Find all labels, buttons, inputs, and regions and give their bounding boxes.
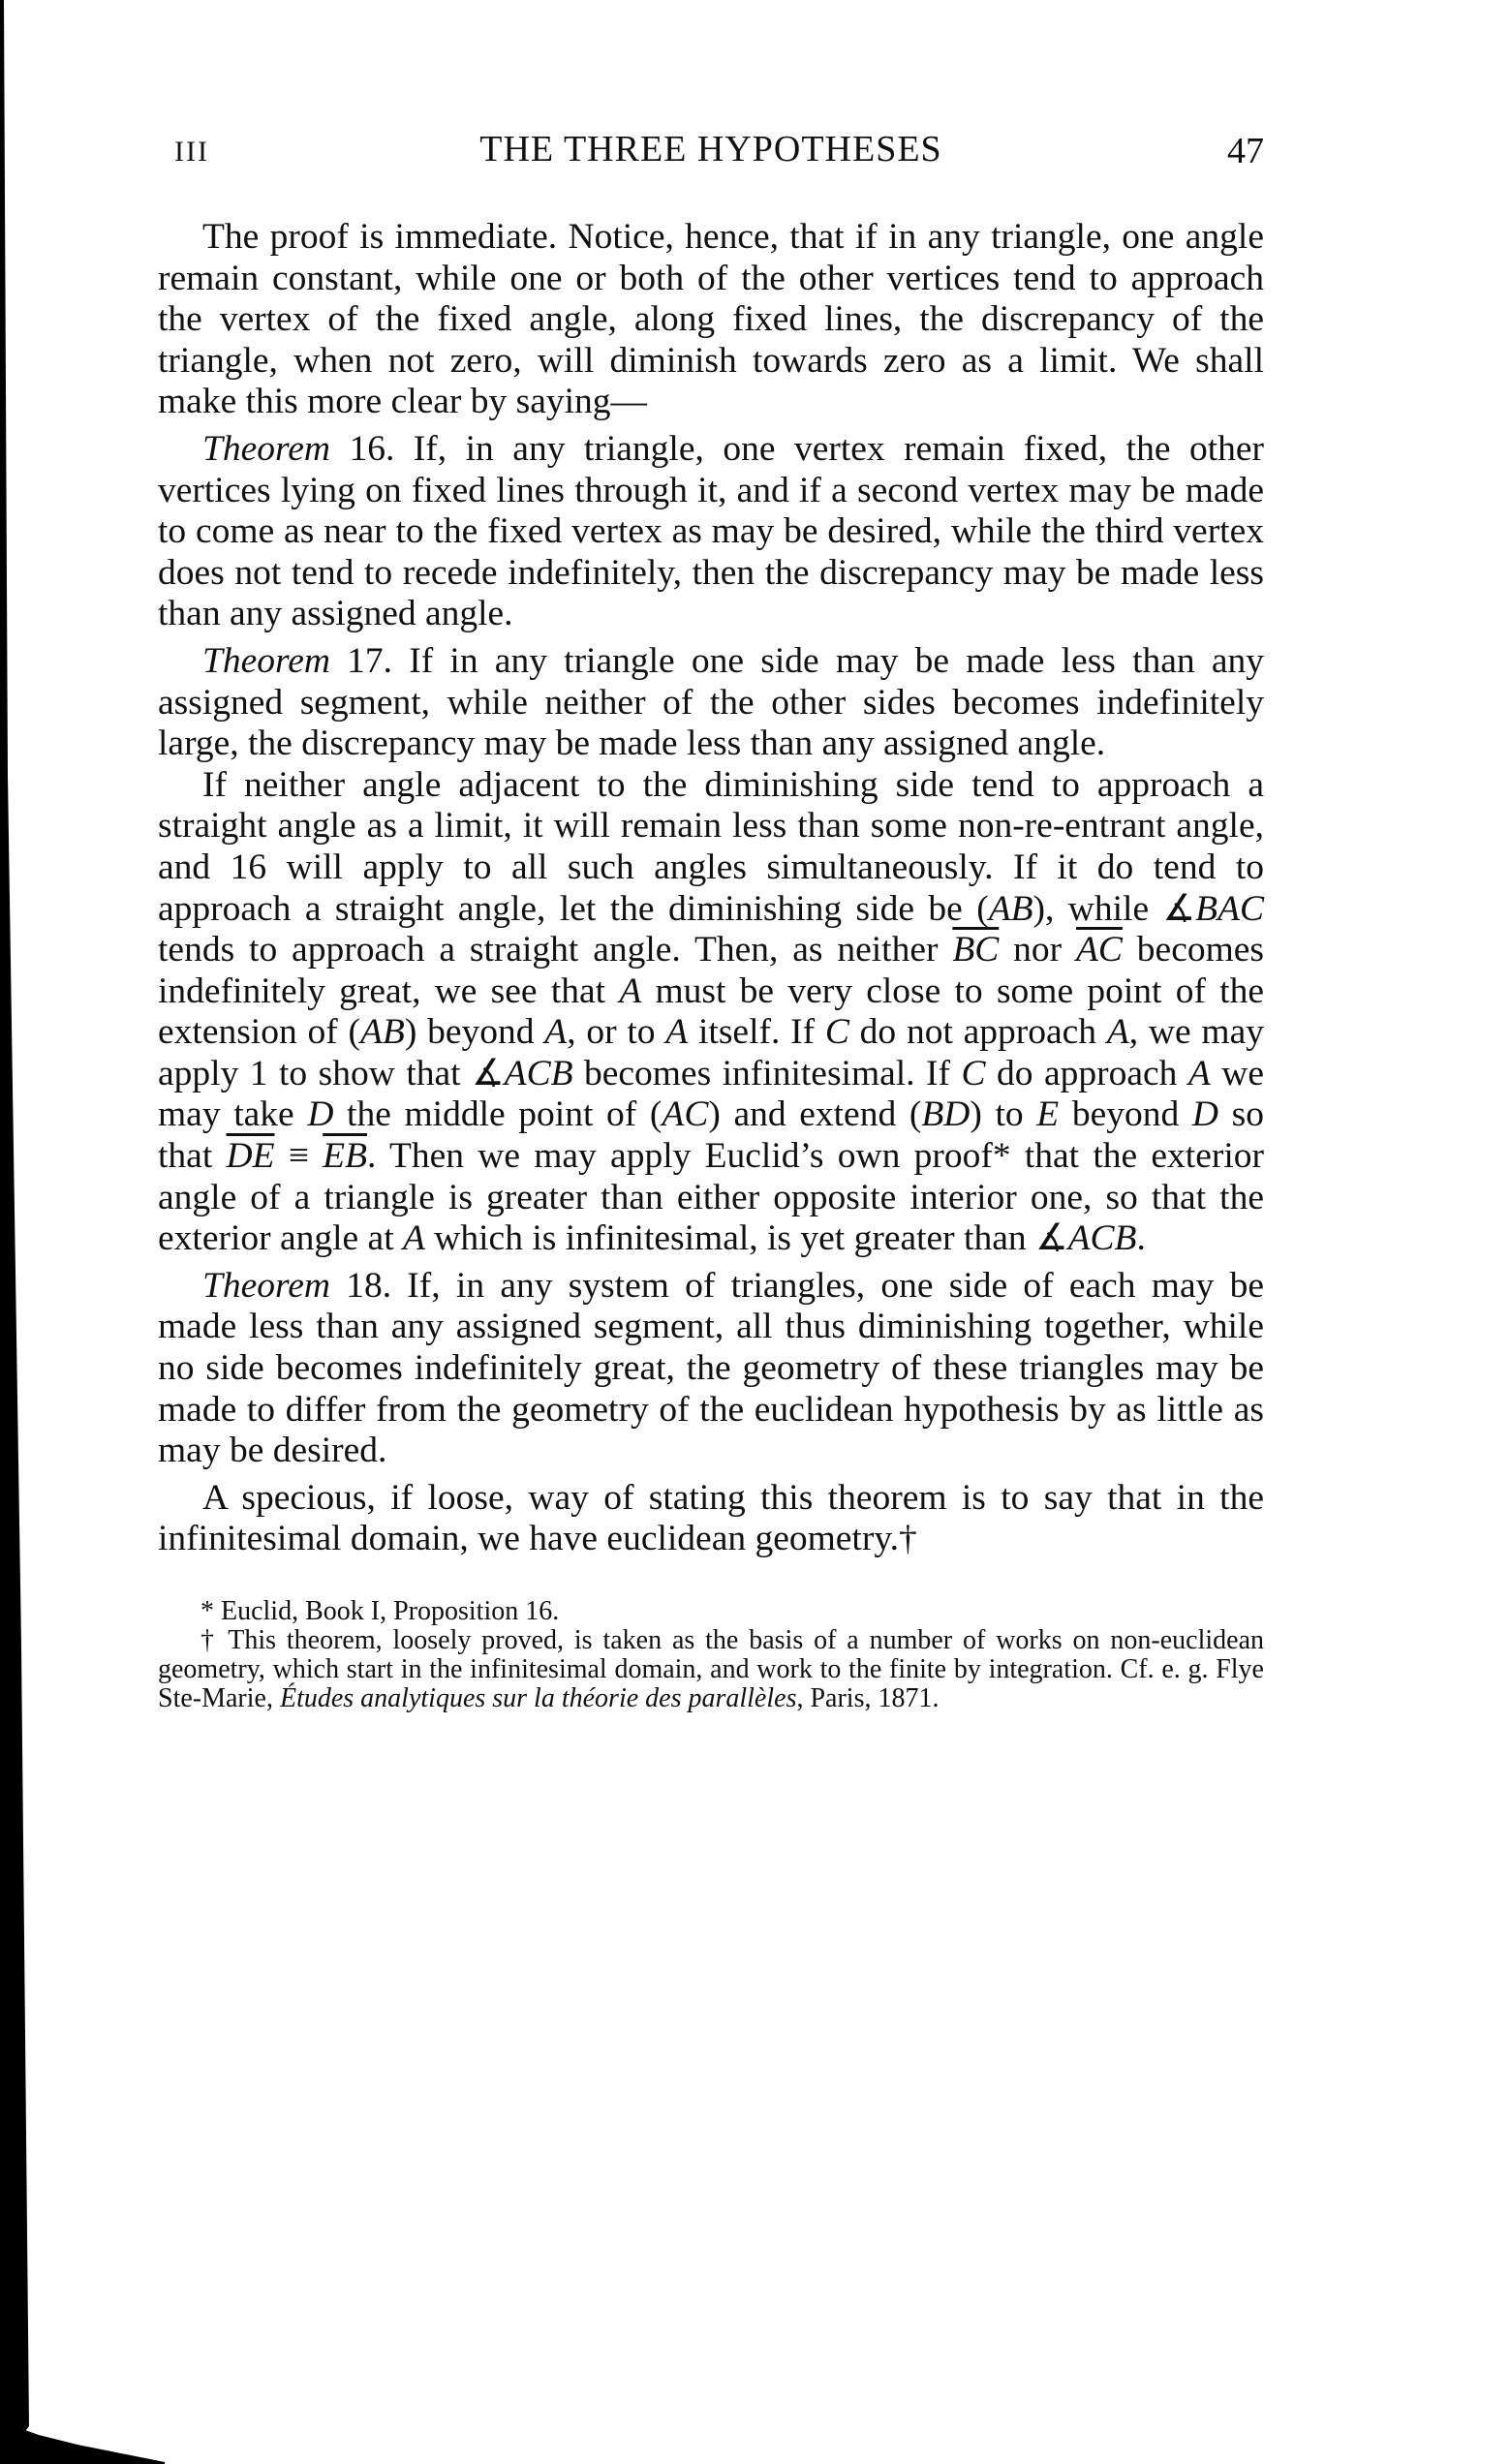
text-run: ), while: [1033, 889, 1163, 929]
theorem-label: Theorem: [202, 641, 330, 681]
theorem-label: Theorem: [202, 1266, 330, 1306]
math-segment: EB: [323, 1136, 367, 1176]
theorem-17: Theorem 17. If in any triangle one side …: [158, 641, 1264, 765]
text-run: ) beyond: [405, 1012, 544, 1052]
theorem-number: 18.: [346, 1266, 391, 1306]
running-head: III THE THREE HYPOTHESES 47: [158, 116, 1264, 174]
math-symbol: A: [544, 1012, 567, 1052]
congruent-icon: ≡: [275, 1136, 324, 1176]
page-number: 47: [1227, 130, 1264, 172]
math-symbol: BAC: [1195, 889, 1264, 929]
math-symbol: D: [1192, 1094, 1218, 1134]
math-symbol: D: [307, 1094, 333, 1134]
theorem-16: Theorem 16. If, in any triangle, one ver…: [158, 429, 1264, 635]
body-text: The proof is immediate. Notice, hence, t…: [158, 217, 1264, 1560]
text-run: , or to: [567, 1012, 665, 1052]
math-symbol: C: [962, 1054, 986, 1093]
text-run: .: [1136, 1218, 1145, 1258]
paragraph-intro: The proof is immediate. Notice, hence, t…: [158, 217, 1264, 423]
book-page: III THE THREE HYPOTHESES 47 The proof is…: [158, 116, 1264, 1713]
text-run: becomes infinitesimal. If: [572, 1054, 961, 1093]
text-run: which is infinitesimal, is yet greater t…: [425, 1218, 1035, 1258]
math-symbol: C: [825, 1012, 849, 1052]
angle-icon: ∡: [1035, 1218, 1068, 1258]
math-segment: DE: [227, 1136, 275, 1176]
math-segment: BC: [952, 930, 999, 970]
math-symbol: ACB: [1068, 1218, 1137, 1258]
proof-theorem-17: If neither angle adjacent to the diminis…: [158, 765, 1264, 1260]
footnote-star: * Euclid, Book I, Proposition 16.: [158, 1597, 1264, 1626]
math-symbol: A: [619, 971, 641, 1011]
math-symbol: BD: [921, 1094, 970, 1134]
running-title: THE THREE HYPOTHESES: [158, 128, 1264, 170]
footnotes: * Euclid, Book I, Proposition 16. † This…: [158, 1597, 1264, 1713]
scan-border-left: [0, 0, 39, 2464]
theorem-number: 16.: [349, 429, 394, 469]
scan-border-bottom: [0, 2425, 165, 2464]
text-run: the middle point of (: [333, 1094, 662, 1134]
math-symbol: ACB: [505, 1054, 573, 1093]
math-symbol: A: [403, 1218, 425, 1258]
text-run: ) to: [970, 1094, 1036, 1134]
angle-icon: ∡: [472, 1054, 505, 1093]
theorem-number: 17.: [347, 641, 392, 681]
math-symbol: AB: [989, 889, 1033, 929]
math-symbol: A: [1107, 1012, 1129, 1052]
footnote-text: , Paris, 1871.: [796, 1683, 939, 1713]
text-run: do approach: [986, 1054, 1188, 1093]
text-run: beyond: [1059, 1094, 1192, 1134]
footnote-dagger: † This theorem, loosely proved, is taken…: [158, 1626, 1264, 1713]
text-run: nor: [999, 930, 1076, 970]
text-run: tends to approach a straight angle. Then…: [158, 930, 952, 970]
cited-work-title: Études analytiques sur la théorie des pa…: [280, 1683, 797, 1713]
text-run: ) and extend (: [708, 1094, 921, 1134]
math-symbol: AB: [360, 1012, 405, 1052]
theorem-18: Theorem 18. If, in any system of triangl…: [158, 1266, 1264, 1472]
math-symbol: AC: [662, 1094, 708, 1134]
angle-icon: ∡: [1163, 889, 1196, 929]
text-run: do not approach: [849, 1012, 1107, 1052]
math-symbol: E: [1036, 1094, 1059, 1134]
math-symbol: A: [665, 1012, 688, 1052]
theorem-label: Theorem: [202, 429, 330, 469]
math-segment: AC: [1076, 930, 1123, 970]
paragraph-closing: A specious, if loose, way of stating thi…: [158, 1478, 1264, 1560]
text-run: itself. If: [688, 1012, 825, 1052]
math-symbol: A: [1188, 1054, 1211, 1093]
